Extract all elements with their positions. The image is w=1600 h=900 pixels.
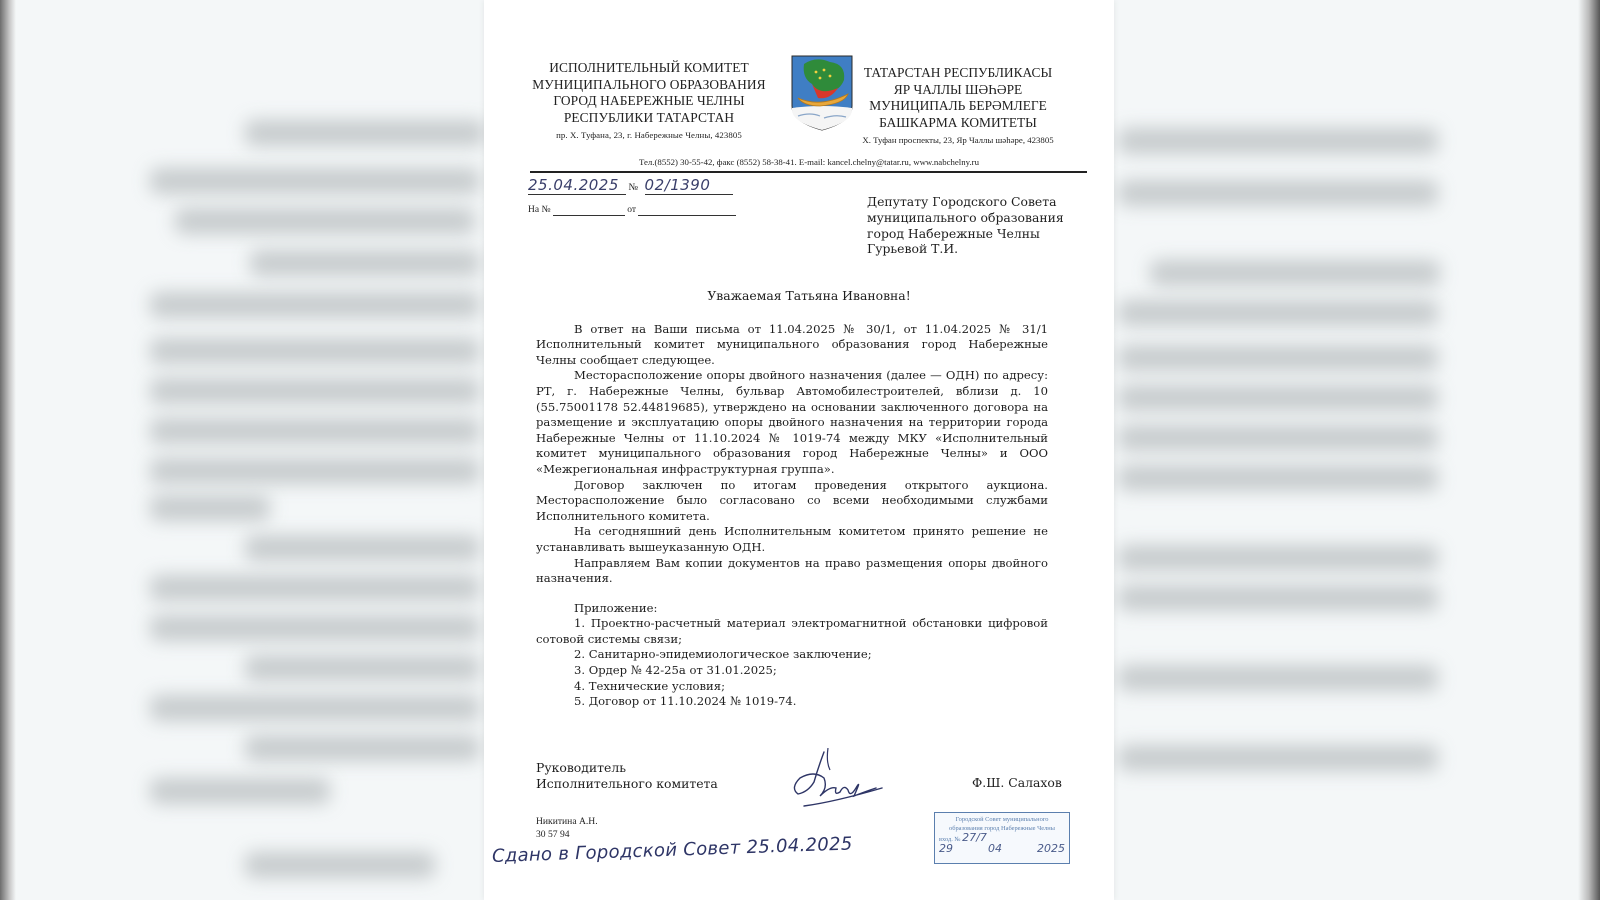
blur-text	[245, 120, 485, 146]
stamp-line: Городской Совет муниципального	[939, 815, 1065, 824]
body-paragraph: Направляем Вам копии документов на право…	[536, 556, 1048, 587]
reference-line: На № от	[528, 205, 736, 216]
letterhead-right-line: ТАТАРСТАН РЕСПУБЛИКАСЫ	[848, 65, 1068, 82]
blur-text	[175, 208, 475, 234]
attachment-item: 1. Проектно-расчетный материал электрома…	[536, 616, 1048, 647]
body-paragraph: Месторасположение опоры двойного назначе…	[536, 368, 1048, 477]
blur-text	[150, 778, 330, 804]
blur-text	[1118, 345, 1438, 371]
blur-text	[1118, 180, 1438, 206]
executor-block: Никитина А.Н. 30 57 94	[536, 816, 598, 841]
letterhead-contacts: Тел.(8552) 30-55-42, факс (8552) 58-38-4…	[534, 157, 1084, 167]
addressee-block: Депутату Городского Совета муниципальног…	[867, 194, 1077, 257]
blur-text	[245, 655, 480, 681]
blur-text	[150, 378, 480, 404]
letterhead-left-line: РЕСПУБЛИКИ ТАТАРСТАН	[524, 110, 774, 127]
letterhead-left: ИСПОЛНИТЕЛЬНЫЙ КОМИТЕТ МУНИЦИПАЛЬНОГО ОБ…	[524, 60, 774, 142]
blur-text	[150, 695, 480, 721]
attachment-item: 5. Договор от 11.10.2024 № 1019-74.	[536, 694, 1048, 710]
reference-from-label: от	[627, 205, 636, 215]
signatory-position-line: Исполнительного комитета	[536, 776, 718, 792]
stamp-month: 04	[988, 844, 1002, 853]
number-label: №	[629, 182, 639, 193]
reference-number-blank	[553, 205, 625, 216]
addressee-line: Гурьевой Т.И.	[867, 241, 1077, 257]
letterhead-right-line: ЯР ЧАЛЛЫ ШӘҺӘРЕ	[848, 82, 1068, 99]
letter-body: Уважаемая Татьяна Ивановна! В ответ на В…	[536, 288, 1048, 710]
stamp-day: 29	[939, 844, 953, 853]
background-left-edge	[0, 0, 16, 900]
body-paragraph: В ответ на Ваши письма от 11.04.2025 № 3…	[536, 322, 1048, 369]
background-right-edge	[1578, 0, 1600, 900]
blur-text	[1118, 385, 1438, 411]
attachment-item: 2. Санитарно-эпидемиологическое заключен…	[536, 647, 1048, 663]
blur-text	[1118, 545, 1438, 571]
blur-text	[150, 418, 480, 444]
attachments-title: Приложение:	[536, 601, 1048, 617]
blur-text	[245, 535, 480, 561]
letterhead-right-line: БАШКАРМА КОМИТЕТЫ	[848, 115, 1068, 132]
blur-text	[150, 615, 480, 641]
reference-number-label: На №	[528, 205, 551, 215]
signatory-position-line: Руководитель	[536, 760, 718, 776]
letter-page: ИСПОЛНИТЕЛЬНЫЙ КОМИТЕТ МУНИЦИПАЛЬНОГО ОБ…	[484, 0, 1114, 900]
letterhead-left-line: ИСПОЛНИТЕЛЬНЫЙ КОМИТЕТ	[524, 60, 774, 77]
outgoing-number: 02/1390	[645, 176, 733, 195]
handwritten-signature-icon	[784, 748, 894, 818]
blur-text	[1118, 128, 1438, 154]
blur-text	[150, 168, 480, 194]
letterhead-right-line: МУНИЦИПАЛЬ БЕРӘМЛЕГЕ	[848, 98, 1068, 115]
executor-name: Никитина А.Н.	[536, 816, 598, 829]
blur-text	[1118, 300, 1438, 326]
signatory-name: Ф.Ш. Салахов	[972, 775, 1062, 790]
letterhead-left-line: МУНИЦИПАЛЬНОГО ОБРАЗОВАНИЯ	[524, 77, 774, 94]
blur-text	[150, 575, 480, 601]
blur-text	[150, 458, 480, 484]
letterhead-right-address: Х. Туфан проспекты, 23, Яр Чаллы шәһәре,…	[848, 133, 1068, 147]
blur-text	[1118, 425, 1438, 451]
addressee-line: Депутату Городского Совета	[867, 194, 1077, 210]
incoming-registration-stamp: Городской Совет муниципального образован…	[934, 812, 1070, 864]
executor-phone: 30 57 94	[536, 829, 598, 842]
salutation: Уважаемая Татьяна Ивановна!	[570, 288, 1048, 304]
blur-text	[1150, 260, 1440, 286]
letterhead-right: ТАТАРСТАН РЕСПУБЛИКАСЫ ЯР ЧАЛЛЫ ШӘҺӘРЕ М…	[848, 65, 1068, 147]
signatory-position: Руководитель Исполнительного комитета	[536, 760, 718, 792]
stamp-date-row: 29 04 2025	[939, 844, 1065, 853]
addressee-line: город Набережные Челны	[867, 226, 1077, 242]
blur-text	[1118, 465, 1438, 491]
blur-text	[245, 852, 435, 878]
letterhead-left-address: пр. Х. Туфана, 23, г. Набережные Челны, …	[524, 128, 774, 142]
letterhead-divider	[530, 171, 1087, 173]
addressee-line: муниципального образования	[867, 210, 1077, 226]
blur-text	[150, 338, 480, 364]
reference-date-blank	[638, 205, 736, 216]
registration-line: 25.04.2025 № 02/1390	[528, 176, 733, 195]
outgoing-date: 25.04.2025	[528, 176, 626, 195]
letterhead-left-line: ГОРОД НАБЕРЕЖНЫЕ ЧЕЛНЫ	[524, 93, 774, 110]
blur-text	[1118, 585, 1438, 611]
body-paragraph: Договор заключен по итогам проведения от…	[536, 478, 1048, 525]
blur-text	[250, 250, 480, 276]
attachment-item: 4. Технические условия;	[536, 679, 1048, 695]
attachment-item: 3. Ордер № 42-25а от 31.01.2025;	[536, 663, 1048, 679]
body-paragraph: На сегодняшний день Исполнительным комит…	[536, 524, 1048, 555]
blur-text	[1118, 745, 1438, 771]
blur-text	[150, 292, 480, 318]
blur-text	[245, 735, 480, 761]
blur-text	[1118, 665, 1438, 691]
city-coat-of-arms-icon	[790, 54, 854, 132]
stamp-line: образования город Набережные Челны	[939, 824, 1065, 833]
stamp-year: 2025	[1037, 844, 1065, 853]
stamp-number: 27/7	[962, 831, 987, 844]
blur-text	[150, 495, 270, 521]
